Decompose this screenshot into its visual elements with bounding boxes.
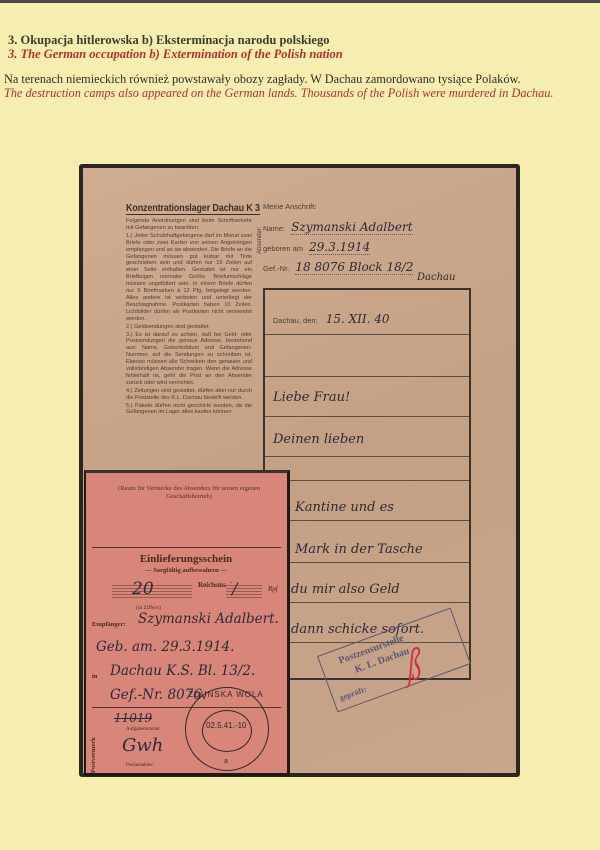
amount-value: 20	[132, 579, 154, 599]
name-field: Name: Szymanski Adalbert	[263, 220, 413, 234]
camp-title: Konzentrationslager Dachau K 3	[126, 202, 260, 215]
censor-line-3: geprüft:	[338, 685, 367, 703]
postmark-inner-circle	[202, 710, 252, 752]
ruled-line	[265, 562, 469, 563]
rule-4: 4.) Zeitungen sind gestattet, dürfen abe…	[126, 388, 252, 402]
ruled-line	[265, 416, 469, 417]
born-field: geboren am 29.3.1914	[263, 240, 370, 254]
ruled-line	[265, 334, 469, 335]
ruled-line	[265, 376, 469, 377]
pf-value: /	[232, 579, 237, 598]
in-label: in	[92, 673, 97, 680]
letter-line-4: Kantine und es	[295, 500, 394, 515]
intro-polish: Na terenach niemieckich również powstawa…	[4, 72, 553, 86]
rule-2: 2.) Geldsendungen sind gestattet.	[126, 324, 252, 331]
recipient-value: Szymanski Adalbert.	[138, 611, 279, 627]
address-label: Meine Anschrift:	[263, 202, 316, 211]
rules-intro: Folgende Anordnungen sind beim Schriftve…	[126, 218, 252, 232]
letter-line-6: du mir also Geld	[291, 582, 400, 597]
receipt-subtitle: — Sorgfältig aufbewahren —	[86, 567, 286, 574]
money-order-receipt: (Raum für Vermerke des Absenders für sei…	[84, 470, 290, 776]
letter-line-5: Mark in der Tasche	[295, 542, 423, 557]
ruled-line	[265, 456, 469, 457]
currency-label: Reichsmark	[198, 581, 226, 589]
section-heading: 3. Okupacja hitlerowska b) Eksterminacja…	[8, 33, 343, 61]
postvermerk-label: Postvermerk	[90, 737, 97, 773]
clerk-label: Postannahme	[126, 763, 153, 768]
intro-text: Na terenach niemieckich również powstawa…	[4, 72, 553, 100]
intro-english: The destruction camps also appeared on t…	[4, 86, 553, 100]
postmark: ZDUNSKA WOLA 02.5.41.-10 a	[185, 687, 269, 771]
letter-line-1: Liebe Frau!	[273, 390, 350, 405]
ruled-line	[265, 480, 469, 481]
receipt-note: (Raum für Vermerke des Absenders für sei…	[104, 485, 274, 501]
heading-english: 3. The German occupation b) Exterminatio…	[8, 47, 343, 61]
camp-rules: Folgende Anordnungen sind beim Schriftve…	[126, 218, 252, 417]
receipt-divider	[92, 547, 281, 548]
heading-polish: 3. Okupacja hitlerowska b) Eksterminacja…	[8, 33, 343, 47]
postal-number: 11019	[114, 711, 152, 725]
letter-line-2: Deinen lieben	[273, 432, 364, 447]
postmark-letter: a	[224, 758, 228, 765]
ruled-line	[265, 602, 469, 603]
pf-label: Rpf	[268, 585, 278, 593]
ruled-line	[265, 520, 469, 521]
prisoner-number-field: Gef.-Nr. 18 8076 Block 18/2	[263, 260, 413, 274]
top-border	[0, 0, 600, 3]
postmark-city: ZDUNSKA WOLA	[186, 690, 266, 699]
receipt-born-value: Geb. am. 29.3.1914.	[96, 639, 234, 655]
censor-red-mark: ß	[408, 640, 422, 689]
name-value: Szymanski Adalbert	[291, 220, 412, 235]
date-value: 15. XII. 40	[326, 312, 390, 326]
rule-5: 5.) Pakete dürfen nicht geschickt werden…	[126, 403, 252, 417]
postal-number-label: Aufgabenummer	[126, 727, 160, 732]
clerk-signature: Gwh	[122, 735, 163, 756]
rule-1: 1.) Jeder Schutzhaftgefangene darf im Mo…	[126, 233, 252, 323]
born-value: 29.3.1914	[309, 240, 370, 255]
rule-3: 3.) Es ist darauf zu achten, daß bei Gel…	[126, 332, 252, 387]
amount-row: 20 Reichsmark / Rpf	[112, 579, 282, 603]
receipt-title: Einlieferungsschein	[86, 553, 286, 565]
prisoner-number-value: 18 8076 Block 18/2	[295, 260, 413, 275]
postmark-date: 02.5.41.-10	[206, 721, 246, 730]
prisoner-extra: Dachau	[417, 272, 455, 283]
recipient-label: Empfänger:	[92, 621, 126, 628]
date-field: Dachau, den: 15. XII. 40	[273, 312, 390, 326]
place-value: Dachau K.S. Bl. 13/2.	[110, 663, 255, 679]
